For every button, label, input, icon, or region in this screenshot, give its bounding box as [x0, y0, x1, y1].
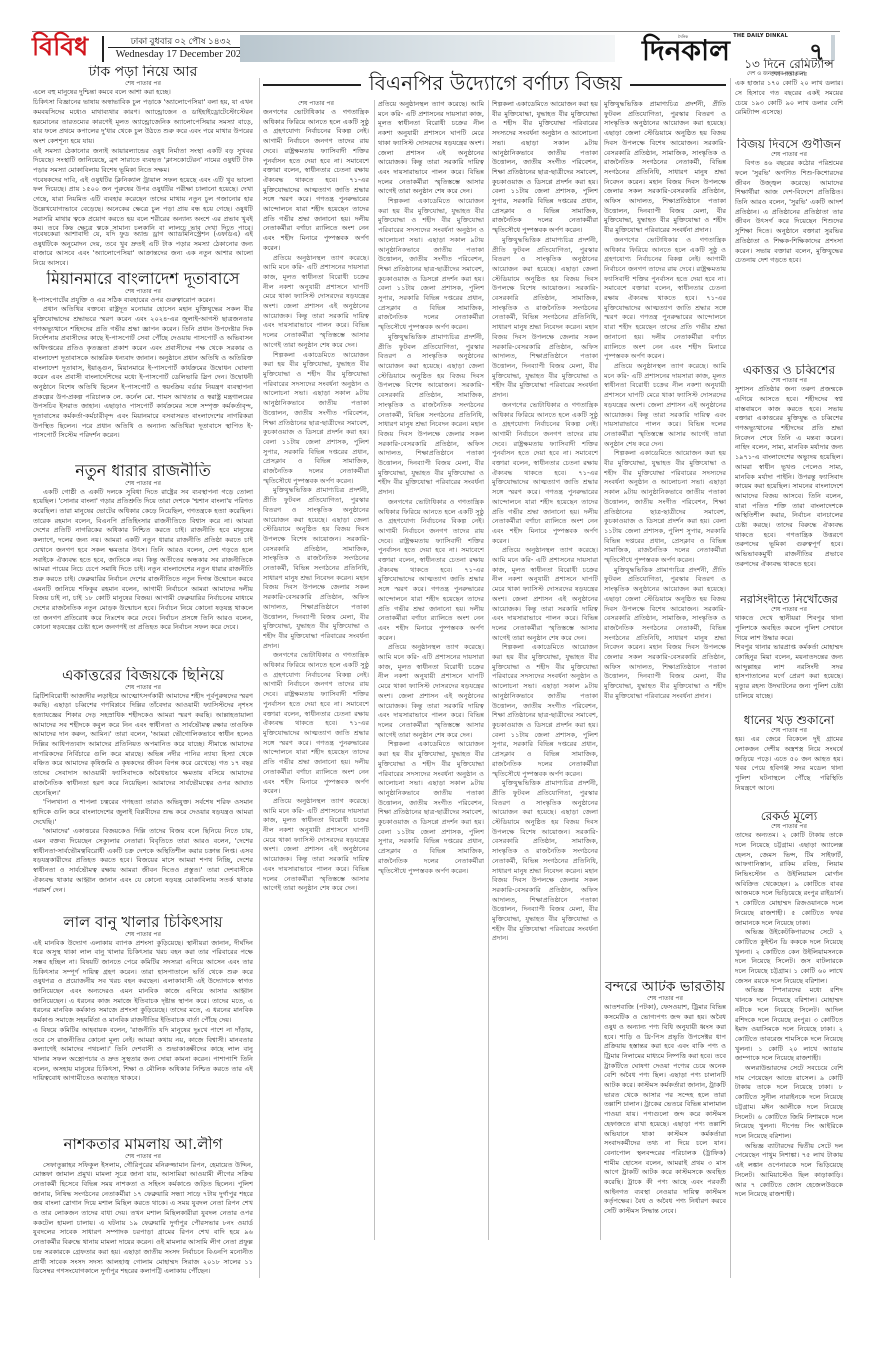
story-headline: নতুন ধারার রাজনীতি	[33, 462, 253, 480]
story-narsingdi-missing: নরসিংদীতে নিখোঁজের শেষ পাতার পর থাকতে দে…	[735, 594, 843, 714]
story-paragraph: আতশবাজি (পটকা), ফেসওয়াশ, ট্রিমার বিভিন্…	[604, 1003, 726, 1216]
column-rule	[600, 100, 601, 1240]
story-paragraph: জনগণের ভোটাধিকার ও গণতান্ত্রিক অধিকার ফি…	[492, 401, 598, 547]
continued-label: শেষ পাতার পর	[735, 71, 843, 79]
story-paragraph: শিল্পকলা একাডেমিতে আয়োজন করা হয় বীর মু…	[378, 740, 484, 876]
story-headline: বিজয় দিবসে গুণীজন	[735, 138, 843, 151]
story-headline: রেকর্ড মূল্যে	[735, 810, 843, 823]
story-tak-pora: টাক পড়া নিয়ে আর শেষ পাতার পর এলে বহু ম…	[33, 65, 253, 230]
story-headline: ধানের খড় শুকানো	[735, 714, 843, 727]
story-new-politics: নতুন ধারার রাজনীতি শেষ পাতার পর একটি গোষ…	[33, 462, 253, 667]
story-paragraph: সুশাসন প্রতিষ্ঠার জন্য তরুণ প্রজন্মকে এগ…	[735, 385, 843, 569]
story-paragraph: শিল্পকলা একাডেমিতে আয়োজন করা হয় বীর মু…	[263, 351, 369, 487]
story-paragraph: অলরাউন্ডারদের সেটে সবচেয়ে বেশি দাম পেয়…	[735, 1064, 843, 1142]
story-paragraph: ই-পাসপোর্টের প্রযুক্তি ও এর সঠিক ব্যবহার…	[33, 296, 253, 306]
date-english: Wednesday 17 December 2025	[108, 48, 254, 61]
story-paddy-straw-clash: ধানের খড় শুকানো শেষ পাতার পর হয়। এর জে…	[735, 714, 843, 810]
story-paragraph: জনগণের ভোটাধিকার ও গণতান্ত্রিক অধিকার ফি…	[263, 108, 369, 254]
story-paragraph: মুক্তিযুদ্ধভিত্তিক প্রামাণ্যচিত্র প্রদর্…	[604, 566, 726, 702]
story-paragraph: বিগত ৪৬ বছরের কঠোর পরিশ্রমের ফলে 'সুরভি'…	[735, 159, 843, 266]
continued-label: শেষ পাতার পর	[33, 480, 253, 488]
date-block: ঢাকা বুধবার ০২ পৌষ ১৪৩২ Wednesday 17 Dec…	[108, 35, 254, 61]
story-paragraph: মুক্তিযুদ্ধভিত্তিক প্রামাণ্যচিত্র প্রদর্…	[378, 333, 484, 498]
column-rule	[730, 78, 731, 1278]
column-rule	[374, 100, 375, 1240]
story-headline: নাশকতার মামলায় আ.লীগ	[33, 1136, 253, 1153]
story-headline: মিয়ানমারে বাংলাদেশ দূতাবাসে	[33, 270, 253, 288]
continued-label: শেষ পাতার পর	[33, 1153, 253, 1161]
story-paragraph: শিল্পকলা একাডেমিতে আয়োজন করা হয় বীর মু…	[492, 100, 598, 236]
lead-headline-text: বিএনপির উদ্যোগে বর্ণাঢ্য বিজয়	[361, 71, 630, 95]
continued-label: শেষ পাতার পর	[735, 151, 843, 159]
continued-label: শেষ পাতার পর	[33, 684, 253, 692]
section-name: বিবিধ	[32, 34, 88, 60]
story-paragraph: প্রতিয়ে অনুষ্ঠানস্থল ত্যাগ করেছে। আমি ম…	[263, 254, 369, 351]
continued-label: শেষ পাতার পর	[735, 377, 843, 385]
story-paragraph: শিল্পকলা একাডেমিতে আয়োজন করা হয় বীর মু…	[492, 643, 598, 779]
masthead: বিবিধ ঢাকা বুধবার ০২ পৌষ ১৪৩২ Wednesday …	[32, 31, 840, 61]
continued-label: শেষ পাতার পর	[735, 606, 843, 614]
story-headline: একাত্তর ও চব্বিশের	[735, 364, 843, 377]
story-paragraph: 'পিলখানা ও শাপলা চত্বরের গণহত্যা তারাও অ…	[33, 798, 253, 827]
story-paragraph: এই সমস্যা ঠেকানোর জন্যই আয়ারল্যান্ডের ও…	[33, 147, 253, 176]
story-paragraph: চিকিৎসা বিজ্ঞানের ভাষায় অস্বাভাবিক চুল …	[33, 98, 253, 147]
lead-column-1: শেষ পাতার পর জনগণের ভোটাধিকার ও গণতান্ত্…	[263, 100, 369, 1250]
logo-bengali: দিনকাল	[642, 35, 730, 67]
story-indian-goods-seized: বন্দরে আটক ভারতীয় শেষ পাতার পর আতশবাজি …	[604, 980, 726, 1250]
masthead-gradient-band	[240, 35, 615, 62]
story-paragraph: প্রতিয়ে অনুষ্ঠানস্থল ত্যাগ করেছে। আমি ম…	[492, 546, 598, 643]
story-awami-league-case: নাশকতার মামলায় আ.লীগ শেষ পাতার পর সেফাত…	[33, 1136, 253, 1321]
story-paragraph: জনগণের ভোটাধিকার ও গণতান্ত্রিক অধিকার ফি…	[263, 651, 369, 797]
story-paragraph: গবেষকদের দাবি, এই ওষুধটির ক্লিনিক্যাল ট্…	[33, 176, 253, 230]
story-paragraph: গবেষকেরা আশাবাদী যে, যদি ফুড অ্যান্ড ড্র…	[33, 230, 253, 270]
story-paragraph: প্রতিয়ে অনুষ্ঠানস্থল ত্যাগ করেছে। আমি ম…	[604, 362, 726, 449]
logo-english: THE DAILY DINKAL	[733, 33, 788, 39]
story-paragraph: তাদের অন্যতম। ২ কোটি টাকায় তাকে দলে নিয…	[735, 831, 843, 928]
story-victory-day-honours: বিজয় দিবসে গুণীজন শেষ পাতার পর বিগত ৪৬ …	[735, 138, 843, 364]
story-record-price: রেকর্ড মূল্যে শেষ পাতার পর তাদের অন্যতম।…	[735, 810, 843, 1270]
lead-column-3: শিল্পকলা একাডেমিতে আয়োজন করা হয় বীর মু…	[492, 100, 598, 1250]
story-paragraph: জনগণের ভোটাধিকার ও গণতান্ত্রিক অধিকার ফি…	[604, 236, 726, 362]
story-paragraph: প্রধান অতিথির বক্তব্যে রাষ্ট্রদূত মনোয়া…	[33, 305, 253, 441]
continued-label: শেষ পাতার পর	[735, 823, 843, 831]
story-myanmar-embassy: মিয়ানমারে বাংলাদেশ দূতাবাসে শেষ পাতার প…	[33, 270, 253, 462]
story-71-and-24: একাত্তর ও চব্বিশের শেষ পাতার পর সুশাসন প…	[735, 364, 843, 594]
story-paragraph: শিল্পকলা একাডেমিতে আয়োজন করা হয় বীর মু…	[604, 449, 726, 565]
story-paragraph: মুক্তিযুদ্ধভিত্তিক প্রামাণ্যচিত্র প্রদর্…	[492, 236, 598, 401]
story-paragraph: এই মানবিক উদ্যোগ এলাকায় ব্যাপক প্রশংসা …	[33, 939, 253, 1026]
story-paragraph: শিবপুর থানার ভারপ্রাপ্ত কর্মকর্তা মোহাম্…	[735, 643, 843, 701]
story-lal-banu: লাল বানু খালার চিকিৎসায় শেষ পাতার পর এই…	[33, 914, 253, 1136]
story-paragraph: শিল্পকলা একাডেমিতে আয়োজন করা হয় বীর মু…	[378, 197, 484, 333]
story-paragraph: মুক্তিযুদ্ধভিত্তিক প্রামাণ্যচিত্র প্রদর্…	[492, 779, 598, 944]
continued-label: শেষ পাতার পর	[33, 931, 253, 939]
continued-label: শেষ পাতার পর	[33, 288, 253, 296]
left-column: টাক পড়া নিয়ে আর শেষ পাতার পর এলে বহু ম…	[33, 65, 253, 1321]
story-paragraph: হয়। এর জেরে বিকেলে দুই গ্রামের লোকজন দে…	[735, 735, 843, 793]
date-bengali: ঢাকা বুধবার ০২ পৌষ ১৪৩২	[108, 35, 254, 48]
story-paragraph: অভিজ্ঞ ব্যাটারদের দ্বিতীয় সেটে দল পেয়ে…	[735, 1142, 843, 1200]
story-paragraph: এ বিষয়ে কমিটির আহবায়ক বলেন, 'রাজনীতি য…	[33, 1026, 253, 1084]
story-remittance: ১৩ দিনে রেমিট্যান্স শেষ পাতার পর এক হাজা…	[735, 58, 843, 138]
story-paragraph: জনগণের ভোটাধিকার ও গণতান্ত্রিক অধিকার ফি…	[378, 498, 484, 644]
story-headline: টাক পড়া নিয়ে আর	[33, 65, 253, 80]
story-headline: একাত্তরের বিজয়কে ছিনিয়ে	[33, 667, 253, 684]
story-paragraph: এলে বহু মানুষের দুশ্চিন্তা কমবে বলে আশা …	[33, 88, 253, 98]
lead-story-header: বিএনপির উদ্যোগে বর্ণাঢ্য বিজয়	[261, 70, 730, 96]
story-headline: নরসিংদীতে নিখোঁজের	[735, 594, 843, 606]
story-headline: লাল বানু খালার চিকিৎসায়	[33, 914, 253, 931]
story-paragraph: অভিজ্ঞ উইকেটকিপারদের সেটে ২ কোটিতে কুইন্…	[735, 928, 843, 986]
story-paragraph: একটি গোষ্ঠী ও একটি দলকে সুবিধা দিতে রাষ্…	[33, 488, 253, 634]
story-71-victory: একাত্তরের বিজয়কে ছিনিয়ে শেষ পাতার পর ব…	[33, 667, 253, 914]
story-paragraph: 'আমাদের' একাত্তরের বিজয়কেও দিল্লি তাদের…	[33, 827, 253, 895]
column-rule	[488, 100, 489, 1240]
story-paragraph: মুক্তিযুদ্ধভিত্তিক প্রামাণ্যচিত্র প্রদর্…	[263, 486, 369, 651]
lead-column-4: মুক্তিযুদ্ধভিত্তিক প্রামাণ্যচিত্র প্রদর্…	[604, 100, 726, 980]
continued-label: শেষ পাতার পর	[263, 100, 369, 108]
story-paragraph: ব্রিটিশবিরোধী আজাদীর লড়াইয়ে আত্মোৎসর্গ…	[33, 692, 253, 799]
masthead-divider	[102, 36, 104, 62]
lead-headline: বিএনপির উদ্যোগে বর্ণাঢ্য বিজয়	[261, 70, 730, 96]
story-paragraph: সেফাতুল্লাহর সফিকুল ইসলাম, গৌরিপুরের মনি…	[33, 1161, 253, 1277]
right-column: ১৩ দিনে রেমিট্যান্স শেষ পাতার পর এক হাজা…	[735, 58, 843, 1270]
continued-label: শেষ পাতার পর	[735, 727, 843, 735]
story-headline: বন্দরে আটক ভারতীয়	[604, 980, 726, 995]
story-paragraph: থাকতে দেখে স্থানীয়রা শিবপুর থানা পুলিশক…	[735, 614, 843, 643]
story-paragraph: অভিজ্ঞ স্পিনারদের মধ্যে রশিদ খানকে দলে ন…	[735, 986, 843, 1064]
story-headline: ১৩ দিনে রেমিট্যান্স	[735, 58, 843, 71]
story-paragraph: এক হাজার ১৭০ কোটি ২০ লাখ ডলার। সে হিসাবে…	[735, 79, 843, 118]
story-paragraph: প্রতিয়ে অনুষ্ঠানস্থল ত্যাগ করেছে। আমি ম…	[263, 797, 369, 894]
story-paragraph: মুক্তিযুদ্ধভিত্তিক প্রামাণ্যচিত্র প্রদর্…	[604, 100, 726, 236]
lead-column-2: প্রতিয়ে অনুষ্ঠানস্থল ত্যাগ করেছে। আমি ম…	[378, 100, 484, 1250]
column-rule	[259, 78, 260, 1278]
story-paragraph: প্রতিয়ে অনুষ্ঠানস্থল ত্যাগ করেছে। আমি ম…	[378, 643, 484, 740]
story-paragraph: প্রতিয়ে অনুষ্ঠানস্থল ত্যাগ করেছে। আমি ম…	[378, 100, 484, 197]
continued-label: শেষ পাতার পর	[33, 80, 253, 88]
